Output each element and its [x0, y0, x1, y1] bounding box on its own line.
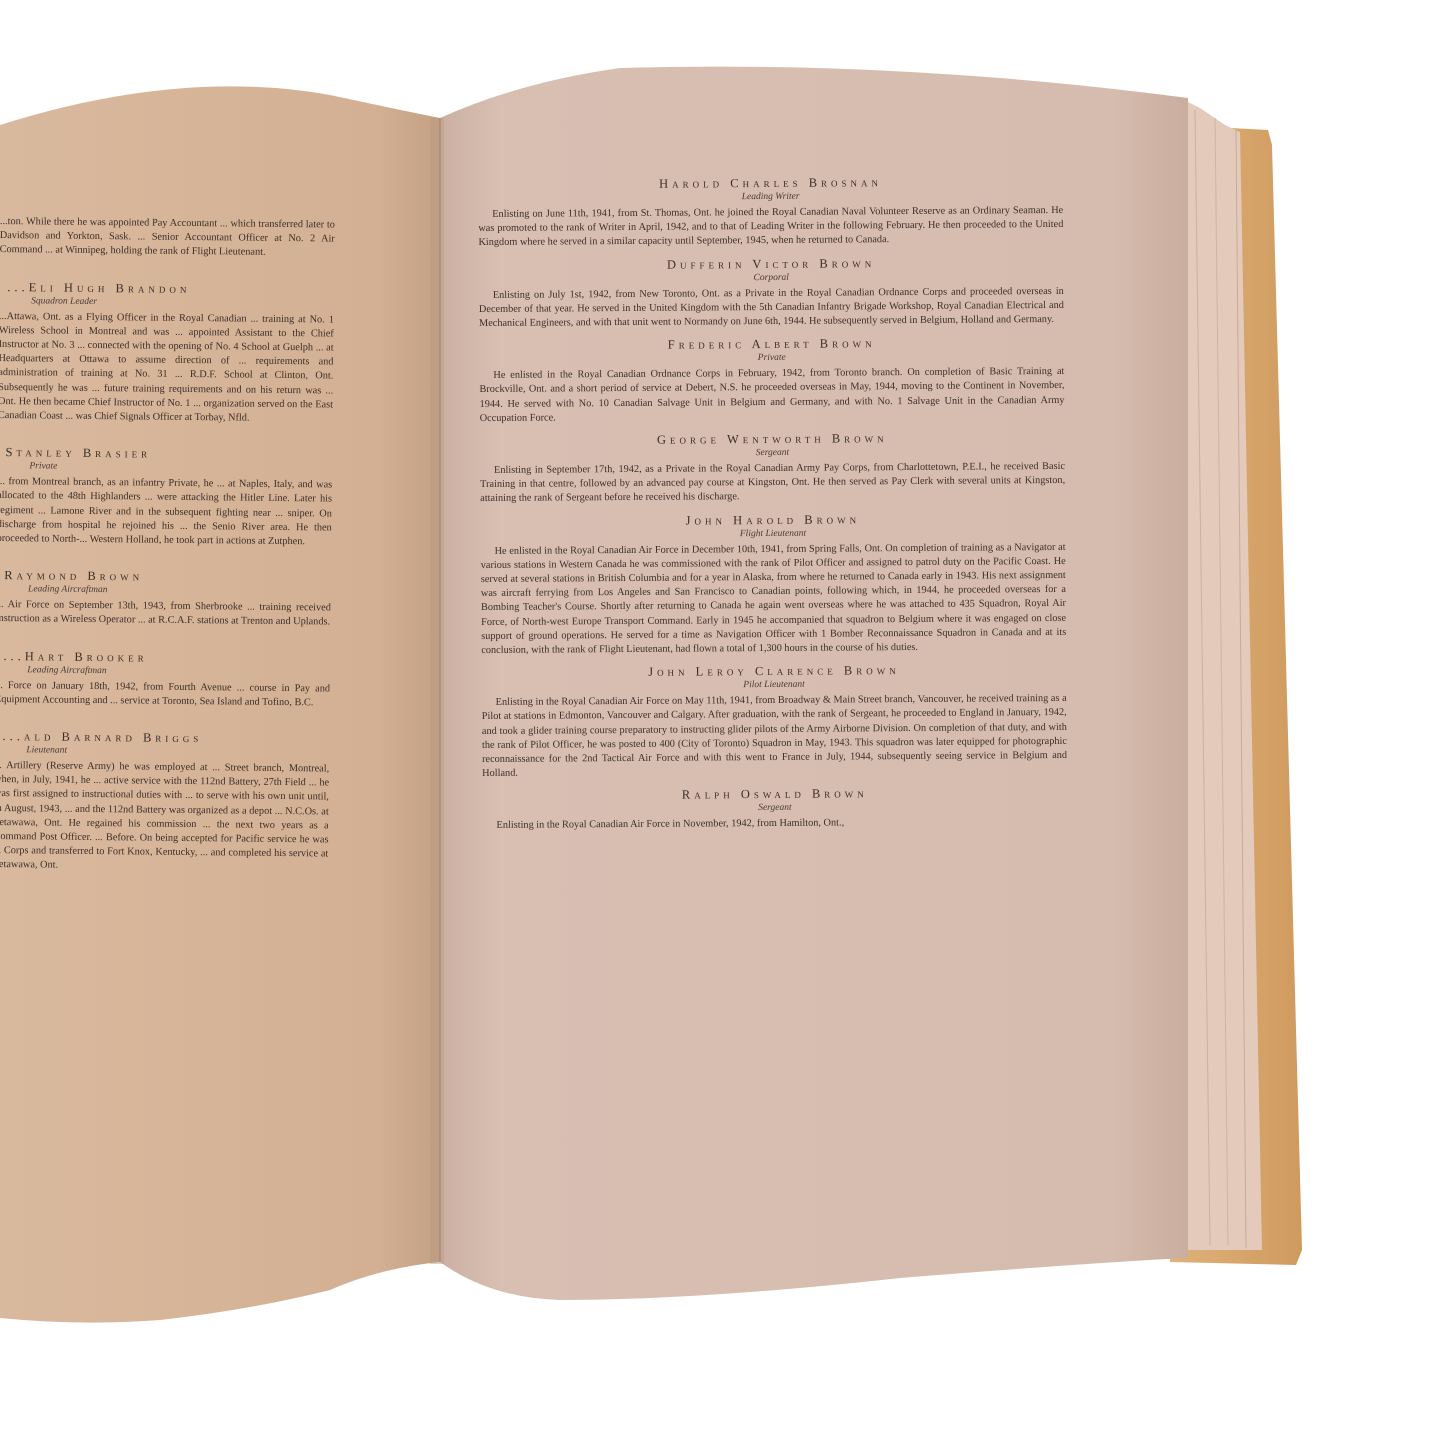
entry: ...ton. While there he was appointed Pay…: [0, 215, 335, 261]
entry: ...ald Barnard Briggs Lieutenant ... Art…: [0, 729, 330, 876]
entry-rank: Lieutenant: [0, 745, 329, 759]
entry-rank: Leading Aircraftman: [0, 584, 331, 598]
entry: Ralph Oswald Brown Sergeant Enlisting in…: [482, 785, 1067, 833]
entry-body: ...Attawa, Ont. as a Flying Officer in t…: [0, 310, 334, 427]
entry-body: Enlisting in the Royal Canadian Air Forc…: [482, 815, 1067, 833]
entry-body: ... from Montreal branch, as an infantry…: [0, 475, 332, 550]
entry: ...Eli Hugh Brandon Squadron Leader ...A…: [0, 280, 334, 427]
right-page-text: Harold Charles Brosnan Leading Writer En…: [478, 174, 1068, 842]
entry-body: Enlisting on June 11th, 1941, from St. T…: [478, 204, 1063, 251]
entry: Stanley Brasier Private ... from Montrea…: [0, 445, 333, 550]
entry-body: Enlisting on July 1st, 1942, from New To…: [479, 285, 1064, 332]
entry-rank: Private: [0, 461, 332, 475]
book-photo: ...ton. While there he was appointed Pay…: [0, 0, 1445, 1445]
entry-body: ... Artillery (Reserve Army) he was empl…: [0, 759, 329, 876]
entry-body: He enlisted in the Royal Canadian Ordnan…: [479, 365, 1064, 426]
entry: John Harold Brown Flight Lieutenant He e…: [480, 511, 1066, 659]
entry-body: Enlisting in the Royal Canadian Air Forc…: [482, 692, 1068, 781]
entry-body: ...ton. While there he was appointed Pay…: [0, 215, 335, 261]
left-page-text: ...ton. While there he was appointed Pay…: [0, 215, 335, 884]
entry-body: He enlisted in the Royal Canadian Air Fo…: [481, 541, 1067, 659]
entry: Frederic Albert Brown Private He enliste…: [479, 335, 1065, 426]
entry-body: Enlisting in September 17th, 1942, as a …: [480, 460, 1065, 507]
entry-body: ... Air Force on September 13th, 1943, f…: [0, 598, 331, 630]
entry: ...Hart Brooker Leading Aircraftman ... …: [0, 649, 330, 711]
entry-rank: Squadron Leader: [0, 296, 334, 310]
entry: Harold Charles Brosnan Leading Writer En…: [478, 174, 1063, 251]
entry: Dufferin Victor Brown Corporal Enlisting…: [479, 255, 1064, 332]
entry: George Wentworth Brown Sergeant Enlistin…: [480, 430, 1065, 507]
entry: Raymond Brown Leading Aircraftman ... Ai…: [0, 568, 331, 630]
entry-body: ... Force on January 18th, 1942, from Fo…: [0, 679, 330, 711]
entry-rank: Leading Aircraftman: [0, 665, 330, 679]
entry: John Leroy Clarence Brown Pilot Lieutena…: [481, 662, 1067, 781]
